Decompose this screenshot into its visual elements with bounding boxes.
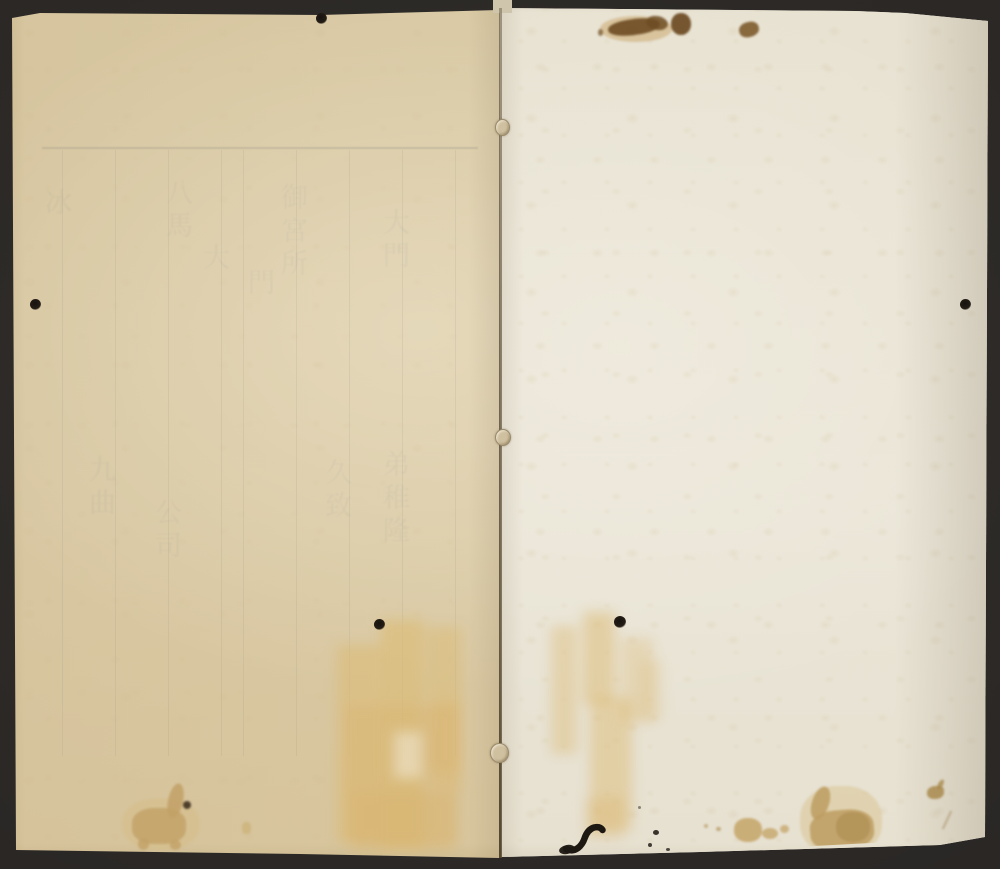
show-through-text: 大 [200,243,227,276]
show-through-text: 門 [245,268,272,301]
show-through-column-rule [221,150,222,756]
book-scan: 御宮所大門八馬冰大門九曲公司久致弟稚隆 [0,0,1000,869]
show-through-column-rule [115,150,116,756]
left-page-fold-shadow [468,0,499,869]
right-page-fold-shadow [501,0,523,869]
show-through-text: 久致 [322,458,349,524]
show-through-column-rule [62,150,63,756]
show-through-column-rule [243,150,244,756]
show-through-text: 冰 [42,188,69,221]
right-page-edge-shadow [895,0,988,869]
show-through-column-rule [349,150,350,756]
show-through-text: 御宮所 [278,183,305,282]
center-fold-line [499,8,502,858]
show-through-column-rule [455,150,456,756]
binding-gap-paper [493,0,512,13]
show-through-text: 九曲 [86,455,113,521]
show-through-top-rule [42,147,478,149]
show-through-text: 大門 [380,208,407,274]
show-through-text: 公司 [152,498,179,564]
show-through-text: 八馬 [163,178,190,244]
show-through-text: 弟稚隆 [380,450,407,549]
